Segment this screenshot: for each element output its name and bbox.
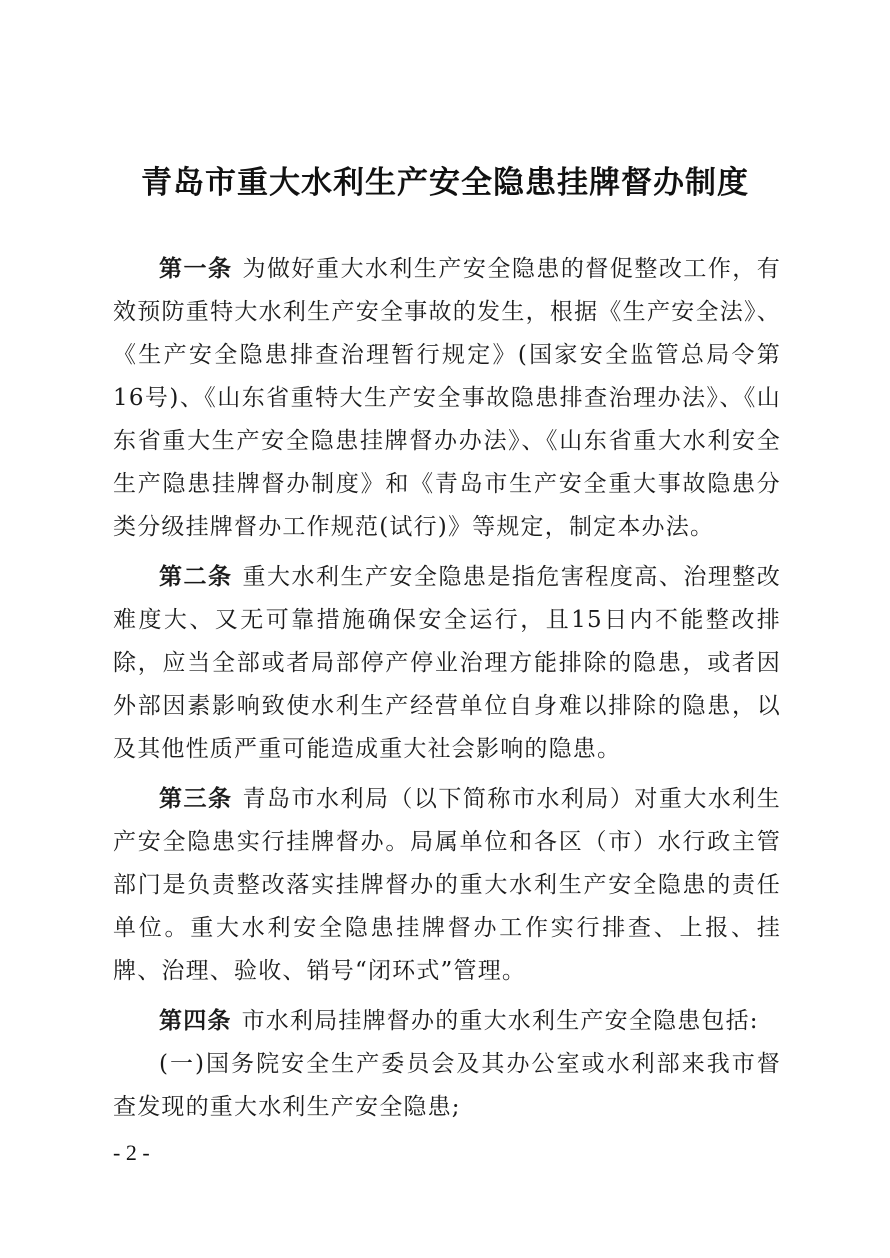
article-text: 为做好重大水利生产安全隐患的督促整改工作，有效预防重特大水利生产安全事故的发生，… (113, 256, 781, 540)
article-text: 市水利局挂牌督办的重大水利生产安全隐患包括: (242, 1008, 759, 1034)
article-label: 第一条 (159, 256, 232, 282)
article-3: 第三条青岛市水利局（以下简称市水利局）对重大水利生产安全隐患实行挂牌督办。局属单… (113, 778, 781, 993)
article-2: 第二条重大水利生产安全隐患是指危害程度高、治理整改难度大、又无可靠措施确保安全运… (113, 556, 781, 771)
article-4: 第四条市水利局挂牌督办的重大水利生产安全隐患包括: (113, 1000, 781, 1043)
article-label: 第二条 (159, 564, 232, 590)
document-page: 青岛市重大水利生产安全隐患挂牌督办制度 第一条为做好重大水利生产安全隐患的督促整… (0, 0, 890, 1258)
article-label: 第四条 (159, 1008, 232, 1034)
list-item-text: (一)国务院安全生产委员会及其办公室或水利部来我市督查发现的重大水利生产安全隐患… (113, 1051, 781, 1120)
article-1: 第一条为做好重大水利生产安全隐患的督促整改工作，有效预防重特大水利生产安全事故的… (113, 248, 781, 549)
page-number: - 2 - (113, 1140, 150, 1166)
article-text: 重大水利生产安全隐患是指危害程度高、治理整改难度大、又无可靠措施确保安全运行，且… (113, 564, 781, 762)
article-text: 青岛市水利局（以下简称市水利局）对重大水利生产安全隐患实行挂牌督办。局属单位和各… (113, 786, 781, 984)
document-title: 青岛市重大水利生产安全隐患挂牌督办制度 (0, 158, 890, 208)
document-body: 第一条为做好重大水利生产安全隐患的督促整改工作，有效预防重特大水利生产安全事故的… (113, 248, 781, 1129)
list-item: (一)国务院安全生产委员会及其办公室或水利部来我市督查发现的重大水利生产安全隐患… (113, 1043, 781, 1129)
article-label: 第三条 (159, 786, 232, 812)
